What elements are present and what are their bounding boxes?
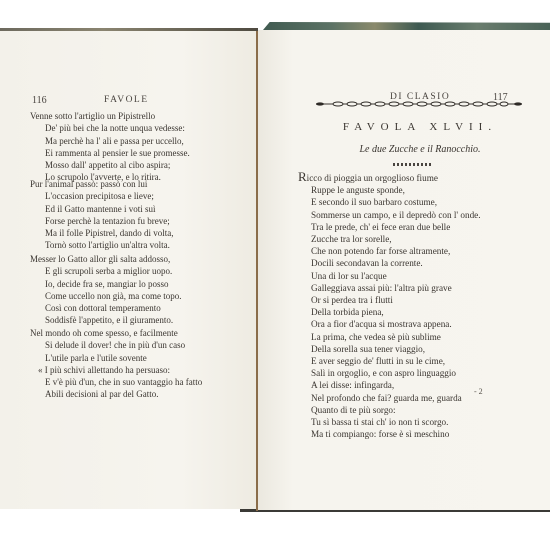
verse-line: Or si perdea tra i flutti (298, 294, 481, 306)
verse-line: « I più schivi allettando ha persuaso: (30, 364, 202, 376)
verse-line: E v'è più d'un, che in suo vantaggio ha … (30, 376, 202, 388)
verse-line: A lei disse: infingarda, (298, 379, 481, 391)
left-stanza-3: Messer lo Gatto allor gli salta addosso,… (30, 253, 181, 327)
verse-line: Pur l'animal passò: passò con lui (30, 178, 173, 190)
verse-line: Zucche tra lor sorelle, (298, 233, 481, 245)
book-gutter (256, 31, 258, 511)
verse-line: E secondo il suo barbaro costume, (298, 196, 481, 208)
right-verse-block: Ricco di pioggia un orgoglioso fiume Rup… (298, 171, 481, 440)
verse-line: Mosso dall' appetito al cibo aspira; (30, 159, 190, 171)
verse-line: E aver seggio de' flutti in su le cime, (298, 355, 481, 367)
verse-line: Così con dottoral temperamento (30, 302, 181, 314)
verse-line: Che non potendo far forse altramente, (298, 245, 481, 257)
verse-line: L'occasion precipitosa e lieve; (30, 190, 173, 202)
verse-line-first: Ricco di pioggia un orgoglioso fiume (298, 171, 481, 184)
left-stanza-4: Nel mondo oh come spesso, e facilmente S… (30, 327, 202, 401)
verse-line: Salì in orgoglio, e con aspro linguaggio (298, 367, 481, 379)
left-running-head: FAVOLE (104, 95, 149, 105)
verse-line: Nel mondo oh come spesso, e facilmente (30, 327, 202, 339)
verse-line: Della sorella sua tener viaggio, (298, 343, 481, 355)
verse-line: Ed il Gatto mantenne i voti suì (30, 203, 173, 215)
chain-ornament-rule (316, 101, 522, 107)
verse-line: La prima, che vedea sè più sublime (298, 331, 481, 343)
verse-line: Una di lor su l'acque (298, 270, 481, 282)
verse-line: Quanto di te più sorgo: (298, 404, 481, 416)
verse-line: Si delude il dover! che in più d'un caso (30, 339, 202, 351)
verse-line: Messer lo Gatto allor gli salta addosso, (30, 253, 181, 265)
verse-line: De' più bei che la notte unqua vedesse: (30, 122, 190, 134)
verse-line: Ma ti compiango: forse è sì meschino (298, 428, 481, 440)
verse-line: Galleggiava assai più: l'altra più grave (298, 282, 481, 294)
verse-line: Tra le prede, ch' ei fece eran due belle (298, 221, 481, 233)
verse-line: Forse perchè la tentazion fu breve; (30, 215, 173, 227)
drop-cap: R (298, 169, 307, 184)
verse-line: Della torbida piena, (298, 306, 481, 318)
verse-line: E gli scrupoli serba a miglior uopo. (30, 265, 181, 277)
open-book: 116 FAVOLE Venne sotto l'artiglio un Pip… (0, 0, 550, 550)
verse-line: Abili decisioni al par del Gatto. (30, 388, 202, 400)
verse-line: L'utile parla e l'utile sovente (30, 352, 202, 364)
verse-line: Tu sì bassa ti stai ch' io non ti scorgo… (298, 416, 481, 428)
verse-line: Tornò sotto l'artiglio un'altra volta. (30, 239, 173, 251)
verse-line: Nel profondo che fai? guarda me, guarda (298, 392, 481, 404)
verse-line: Come uccello non già, ma come topo. (30, 290, 181, 302)
verse-line: Ma perchè ha l' ali e passa per uccello, (30, 135, 190, 147)
dotted-ornament (393, 163, 433, 166)
verse-line: Sommerse un campo, e il depredò con l' o… (298, 209, 481, 221)
verse-line: Ora a fior d'acqua si mostrava appena. (298, 318, 481, 330)
verse-line: Venne sotto l'artiglio un Pipistrello (30, 110, 190, 122)
verse-line-text: icco di pioggia un orgoglioso fiume (307, 173, 438, 183)
left-stanza-2: Pur l'animal passò: passò con lui L'occa… (30, 178, 173, 252)
verse-line: Docili secondavan la corrente. (298, 257, 481, 269)
left-stanza-1: Venne sotto l'artiglio un Pipistrello De… (30, 110, 190, 184)
fable-title: FAVOLA XLVII. (340, 121, 500, 133)
verse-line: Ruppe le anguste sponde, (298, 184, 481, 196)
fable-subtitle: Le due Zucche e il Ranocchio. (320, 144, 520, 155)
verse-line: Ei rammenta al pensier le sue promesse. (30, 147, 190, 159)
signature-mark: - 2 (474, 387, 483, 396)
left-page-number: 116 (32, 95, 47, 106)
verse-line: Io, decide fra se, mangiar lo posso (30, 278, 181, 290)
verse-line: Ma il folle Pipistrel, dando di volta, (30, 227, 173, 239)
verse-line: Soddisfè l'appetito, e il giuramento. (30, 314, 181, 326)
